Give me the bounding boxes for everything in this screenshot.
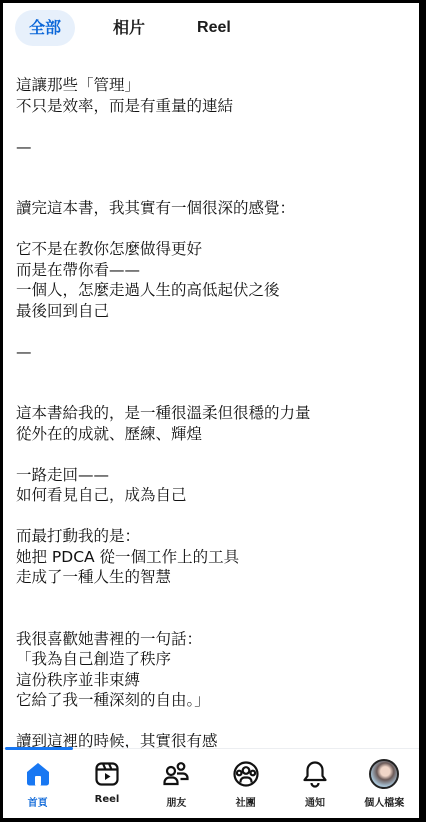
- text-line: —: [16, 342, 411, 363]
- text-line: 讀完這本書，我其實有一個很深的感覺：: [16, 198, 411, 219]
- tab-photos[interactable]: 相片: [99, 10, 159, 46]
- text-line: 從外在的成就、歷練、輝煌: [16, 424, 411, 445]
- text-line: 她把 PDCA 從一個工作上的工具: [16, 547, 411, 568]
- text-line: 這讓那些「管理」: [16, 75, 411, 96]
- text-line: 走成了一種人生的智慧: [16, 567, 411, 588]
- friends-icon: [161, 759, 191, 789]
- home-icon: [23, 759, 53, 789]
- text-line: 我很喜歡她書裡的一句話：: [16, 629, 411, 650]
- blank-line: [16, 362, 411, 383]
- blank-line: [16, 383, 411, 404]
- nav-label-profile: 個人檔案: [364, 794, 404, 809]
- post-text: 這讓那些「管理」不只是效率，而是有重量的連結—讀完這本書，我其實有一個很深的感覺…: [16, 75, 411, 752]
- nav-item-profile[interactable]: 個人檔案: [350, 749, 419, 818]
- text-line: 它不是在教你怎麼做得更好: [16, 239, 411, 260]
- text-line: 而最打動我的是：: [16, 526, 411, 547]
- blank-line: [16, 219, 411, 240]
- avatar-wrapper: [369, 759, 399, 789]
- text-line: 它給了我一種深刻的自由。」: [16, 690, 411, 711]
- nav-item-groups[interactable]: 社團: [211, 749, 280, 818]
- nav-item-reel[interactable]: Reel: [72, 749, 141, 818]
- filter-tabs: 全部 相片 Reel: [3, 3, 419, 53]
- bell-icon: [300, 759, 330, 789]
- app-screen: 全部 相片 Reel 這讓那些「管理」不只是效率，而是有重量的連結—讀完這本書，…: [3, 3, 419, 818]
- nav-label-reel: Reel: [95, 794, 120, 805]
- active-tab-indicator: [5, 747, 73, 750]
- text-line: 這本書給我的，是一種很溫柔但很穩的力量: [16, 403, 411, 424]
- nav-label-groups: 社團: [236, 794, 256, 809]
- text-line: 而是在帶你看——: [16, 260, 411, 281]
- blank-line: [16, 444, 411, 465]
- blank-line: [16, 178, 411, 199]
- blank-line: [16, 116, 411, 137]
- text-line: 一個人，怎麼走過人生的高低起伏之後: [16, 280, 411, 301]
- text-line: 最後回到自己: [16, 301, 411, 322]
- blank-line: [16, 711, 411, 732]
- blank-line: [16, 588, 411, 609]
- groups-icon: [231, 759, 261, 789]
- tab-reel[interactable]: Reel: [183, 10, 245, 46]
- blank-line: [16, 321, 411, 342]
- blank-line: [16, 506, 411, 527]
- nav-label-notifications: 通知: [305, 794, 325, 809]
- text-line: 這份秩序並非束縛: [16, 670, 411, 691]
- text-line: 一路走回——: [16, 465, 411, 486]
- reel-icon: [92, 759, 122, 789]
- nav-item-home[interactable]: 首頁: [3, 749, 72, 818]
- text-line: 如何看見自己，成為自己: [16, 485, 411, 506]
- blank-line: [16, 157, 411, 178]
- bottom-navigation: 首頁 Reel: [3, 748, 419, 818]
- nav-label-friends: 朋友: [166, 794, 186, 809]
- nav-item-friends[interactable]: 朋友: [142, 749, 211, 818]
- text-line: 「我為自己創造了秩序: [16, 649, 411, 670]
- blank-line: [16, 608, 411, 629]
- text-line: 不只是效率，而是有重量的連結: [16, 96, 411, 117]
- nav-label-home: 首頁: [28, 794, 48, 809]
- nav-item-notifications[interactable]: 通知: [280, 749, 349, 818]
- avatar: [369, 759, 399, 789]
- text-line: —: [16, 137, 411, 158]
- tab-all[interactable]: 全部: [15, 10, 75, 46]
